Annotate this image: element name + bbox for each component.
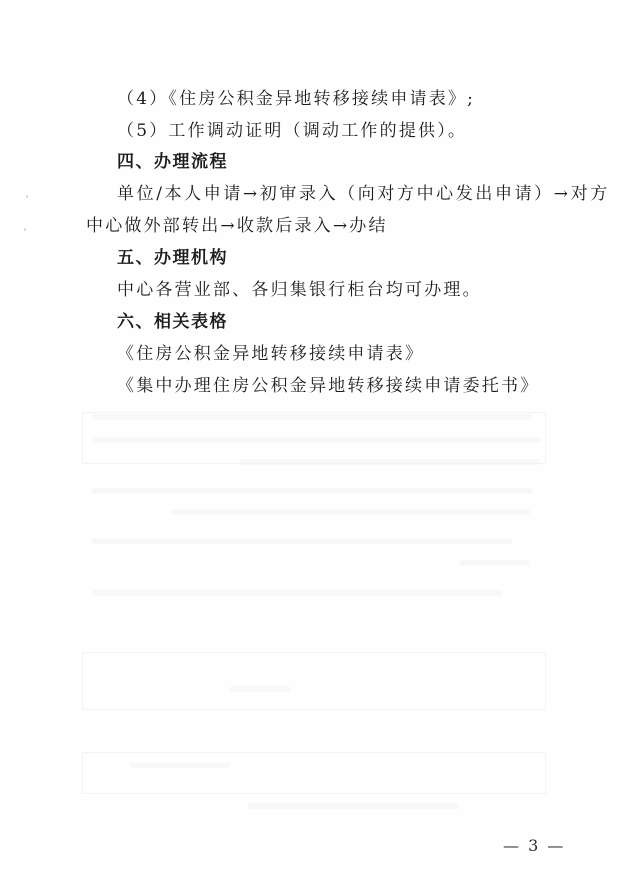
document-page: （4）《住房公积金异地转移接续申请表》; （5）工作调动证明（调动工作的提供）。… <box>0 0 635 880</box>
section-heading-process: 四、办理流程 <box>117 151 228 173</box>
process-paragraph-line-2: 中心做外部转出→收款后录入→办结 <box>86 215 388 237</box>
page-number: — 3 — <box>503 836 565 855</box>
section-heading-forms: 六、相关表格 <box>117 311 228 333</box>
scan-mark <box>26 195 28 198</box>
list-item-5: （5）工作调动证明（调动工作的提供）。 <box>117 120 467 142</box>
section-heading-institution: 五、办理机构 <box>117 247 228 269</box>
list-item-4: （4）《住房公积金异地转移接续申请表》; <box>117 88 475 110</box>
form-title-transfer-application: 《住房公积金异地转移接续申请表》 <box>117 343 424 365</box>
scan-mark <box>24 228 26 231</box>
institution-paragraph: 中心各营业部、各归集银行柜台均可办理。 <box>117 279 482 301</box>
form-title-entrustment-letter: 《集中办理住房公积金异地转移接续申请委托书》 <box>117 375 539 397</box>
process-paragraph-line-1: 单位/本人申请→初审录入（向对方中心发出申请）→对方 <box>117 183 610 205</box>
